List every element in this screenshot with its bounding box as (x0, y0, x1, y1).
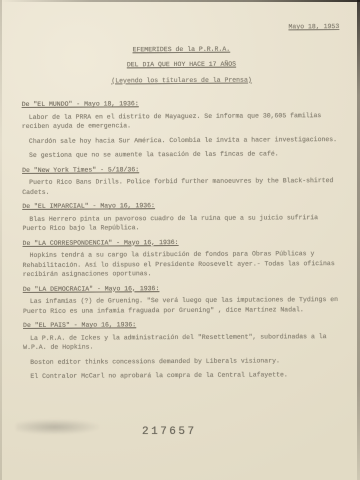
paragraph: Chardón sale hoy hacia Sur América. Colo… (22, 135, 342, 146)
scan-edge-top (0, 0, 360, 2)
title-line-2: DEL DIA QUE HOY HACE 17 AÑOS (21, 59, 341, 70)
typewritten-content: Mayo 18, 1953 EFEMERIDES de la P.R.R.A. … (0, 0, 360, 387)
title-line-3: (Leyendo los titulares de la Prensa) (22, 75, 342, 86)
document-date: Mayo 18, 1953 (21, 22, 339, 33)
paragraph: Labor de la PRRA en el distrito de Mayag… (22, 111, 342, 132)
paragraph: Las infamias (?) de Gruening. "Se verá l… (23, 295, 343, 316)
paragraph: Hopkins tendrá a su cargo la distribució… (23, 249, 343, 279)
section-body: Labor de la PRRA en el distrito de Mayag… (22, 111, 342, 161)
scan-smudge (16, 419, 102, 435)
scan-edge-left (0, 0, 2, 480)
news-section: De "LA DEMOCRACIA" - Mayo 16, 1936: Las … (23, 283, 343, 316)
section-header: De "LA CORRESPONDENCIA" - Mayo 16, 1936: (23, 237, 343, 248)
paragraph: Se gestiona que no se aumente la tasació… (22, 149, 342, 160)
serial-number-stamp: 217657 (142, 426, 197, 438)
section-body: Blas Herrero pinta un pavoroso cuadro de… (22, 213, 342, 234)
section-header: De "EL MUNDO" - Mayo 18, 1936: (22, 98, 342, 109)
title-line-1: EFEMERIDES de la P.R.R.A. (21, 44, 341, 55)
section-body: Las infamias (?) de Gruening. "Se verá l… (23, 295, 343, 316)
sections: De "EL MUNDO" - Mayo 18, 1936: Labor de … (22, 98, 344, 381)
section-body: La P.R.A. de Ickes y la administración d… (23, 332, 343, 382)
news-section: De "EL PAIS" - Mayo 16, 1936: La P.R.A. … (23, 319, 343, 381)
section-header: De "New York Times" - 5/18/36: (22, 164, 342, 175)
section-header: De "EL PAIS" - Mayo 16, 1936: (23, 319, 343, 330)
scanned-document-page: Mayo 18, 1953 EFEMERIDES de la P.R.R.A. … (0, 0, 360, 480)
news-section: De "LA CORRESPONDENCIA" - Mayo 16, 1936:… (23, 237, 343, 280)
paragraph: Blas Herrero pinta un pavoroso cuadro de… (22, 213, 342, 234)
news-section: De "EL MUNDO" - Mayo 18, 1936: Labor de … (22, 98, 342, 160)
section-header: De "LA DEMOCRACIA" - Mayo 16, 1936: (23, 283, 343, 294)
news-section: De "New York Times" - 5/18/36: Puerto Ri… (22, 164, 342, 197)
paragraph: El Contralor McCarl no aprobará la compr… (23, 370, 343, 381)
news-section: De "EL IMPARCIAL" - Mayo 16, 1936: Blas … (22, 200, 342, 233)
paragraph: Puerto Rico Bans Drills. Police forbid f… (22, 176, 342, 197)
section-body: Hopkins tendrá a su cargo la distribució… (23, 249, 343, 279)
section-header: De "EL IMPARCIAL" - Mayo 16, 1936: (22, 200, 342, 211)
paragraph: La P.R.A. de Ickes y la administración d… (23, 332, 343, 353)
section-body: Puerto Rico Bans Drills. Police forbid f… (22, 176, 342, 197)
paragraph: Boston editor thinks concessions demande… (23, 356, 343, 367)
